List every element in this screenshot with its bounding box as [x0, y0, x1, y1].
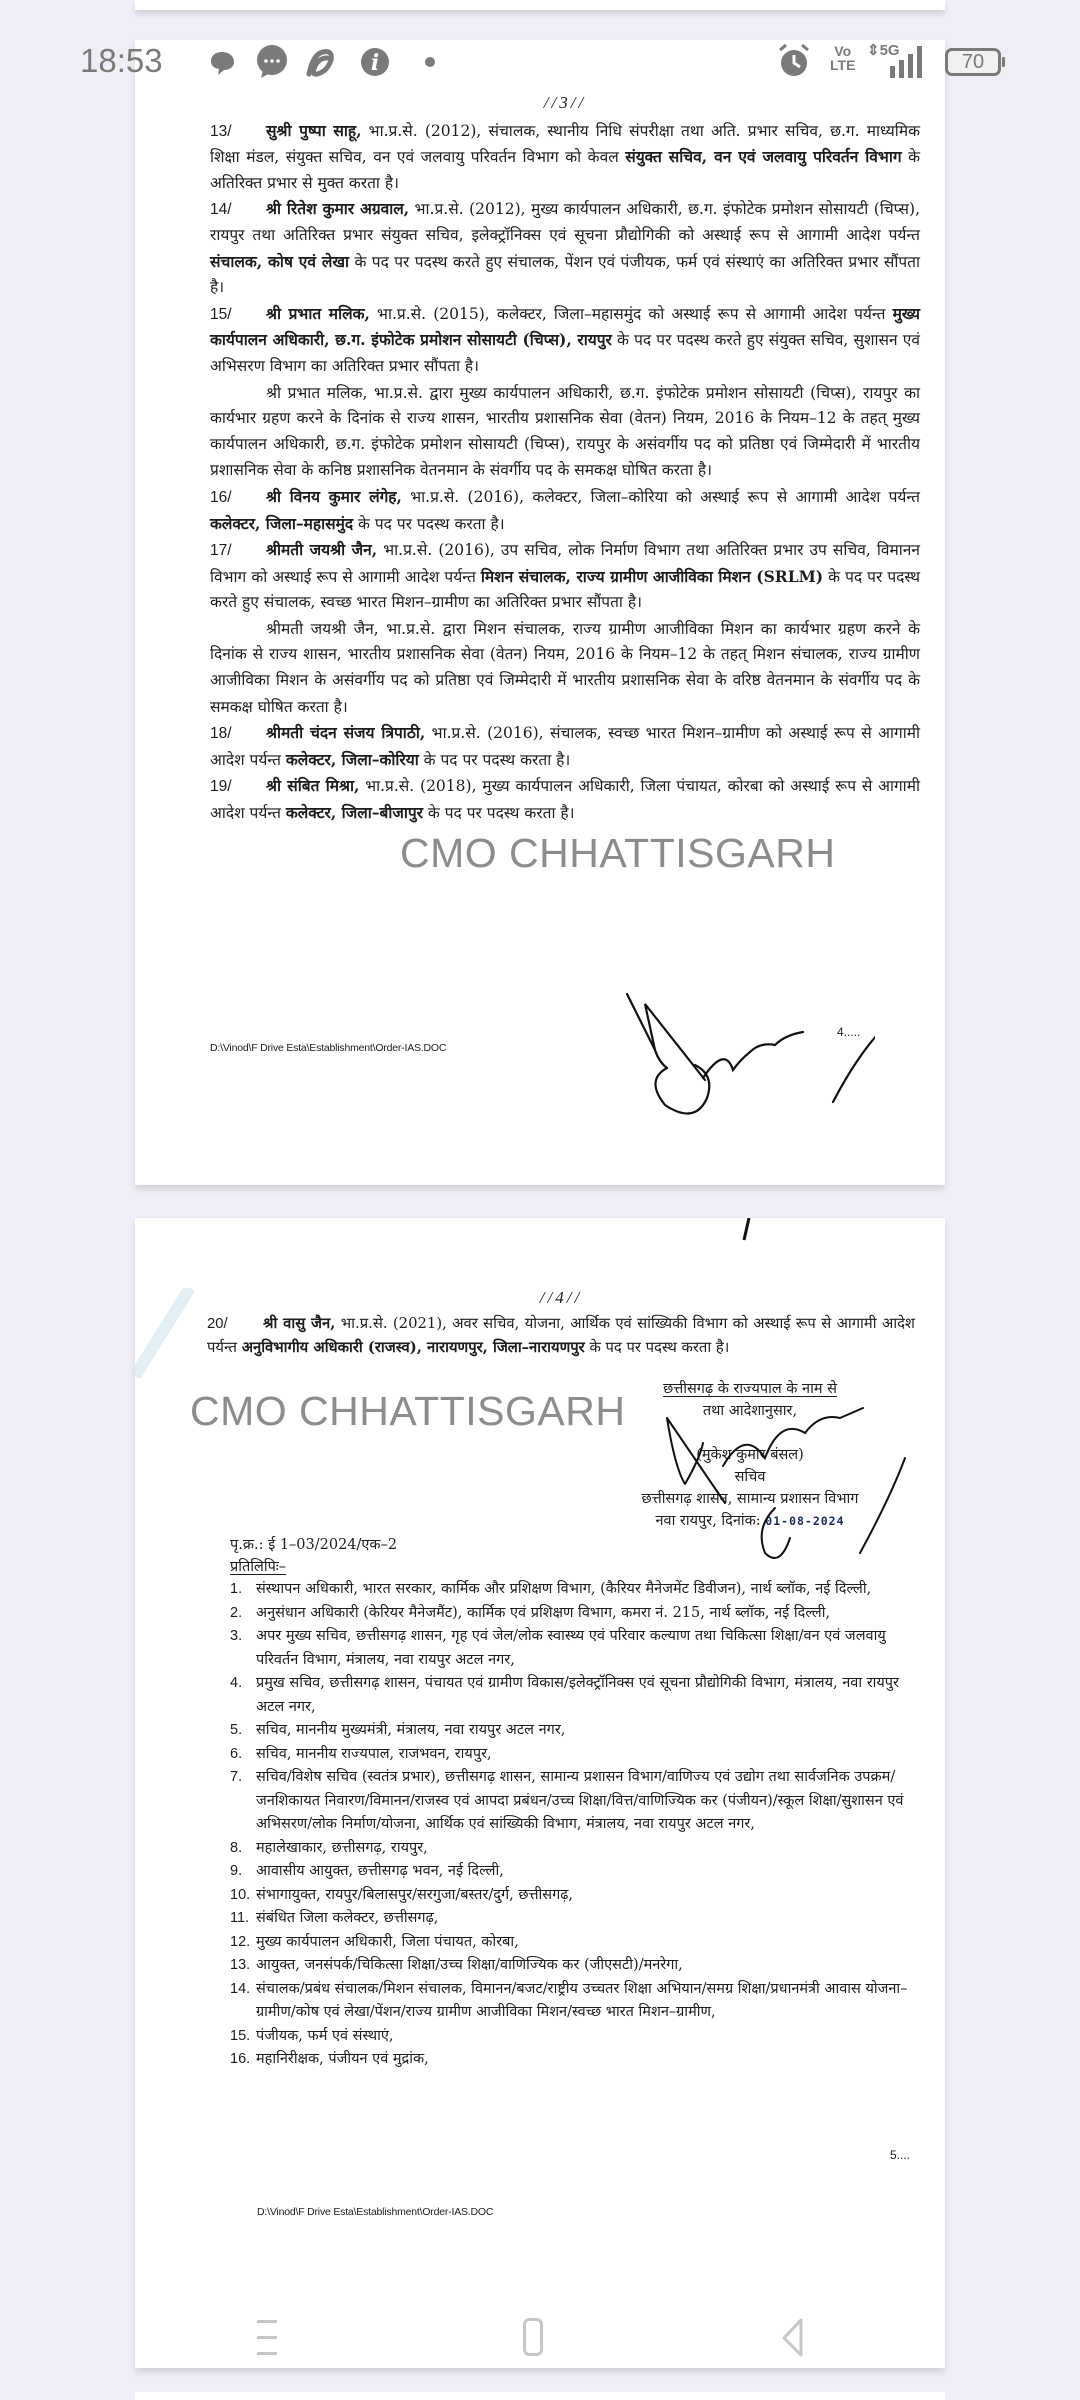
copy-item-number: 3. — [230, 1625, 256, 1649]
page-3-body: //3// 13/सुश्री पुष्पा साहू, भा.प्र.से. … — [210, 90, 920, 827]
copy-item-number: 5. — [230, 1719, 256, 1743]
app-swirl-icon — [305, 48, 339, 78]
copy-item-text: महानिरीक्षक, पंजीयन एवं मुद्रांक, — [256, 2051, 429, 2067]
previous-page-edge — [135, 0, 945, 10]
reference-number: पृ.क्र.: ई 1–03/2024/एक–2 — [230, 1534, 915, 1556]
dot-icon — [424, 56, 436, 68]
copy-list-item: 2.अनुसंधान अधिकारी (केरियर मैनेजमैंट), क… — [230, 1602, 915, 1626]
copy-list-item: 3.अपर मुख्य सचिव, छत्तीसगढ़ शासन, गृह एव… — [230, 1625, 915, 1672]
paragraph-number: 16/ — [210, 485, 266, 511]
officer-name: श्रीमती जयश्री जैन, — [266, 540, 377, 559]
svg-text:i: i — [371, 50, 379, 76]
copy-section: पृ.क्र.: ई 1–03/2024/एक–2 प्रतिलिपिः– 1.… — [230, 1534, 915, 2072]
paragraph-text: श्री प्रभात मलिक, भा.प्र.से. द्वारा मुख्… — [210, 384, 920, 480]
copy-list-item: 15.पंजीयक, फर्म एवं संस्थाएं, — [230, 2025, 915, 2049]
copy-item-text: प्रमुख सचिव, छत्तीसगढ़ शासन, पंचायत एवं … — [256, 1675, 899, 1715]
page-4-body: //4// 20/श्री वासु जैन, भा.प्र.से. (2021… — [207, 1286, 915, 1360]
copy-to-list: 1.संस्थापन अधिकारी, भारत सरकार, कार्मिक … — [230, 1578, 915, 2072]
watermark: CMO CHHATTISGARH — [400, 830, 835, 877]
copy-item-text: सचिव/विशेष सचिव (स्वतंत्र प्रभार), छत्ती… — [256, 1769, 903, 1832]
copy-item-number: 8. — [230, 1837, 256, 1861]
copy-item-text: पंजीयक, फर्म एवं संस्थाएं, — [256, 2028, 393, 2044]
paragraph-tail: के पद पर पदस्थ करता है। — [423, 804, 575, 822]
copy-heading: प्रतिलिपिः– — [230, 1556, 915, 1578]
volte-label-top: Vo — [830, 44, 855, 58]
order-paragraph: 19/श्री संबित मिश्रा, भा.प्र.से. (2018),… — [210, 773, 920, 826]
copy-item-text: संभागायुक्त, रायपुर/बिलासपुर/सरगुजा/बस्त… — [256, 1887, 573, 1903]
scan-mark-icon — [135, 1288, 205, 1378]
paragraph-number: 19/ — [210, 774, 266, 800]
paragraph-number: 14/ — [210, 197, 266, 223]
paragraph-number: 20/ — [207, 1312, 263, 1336]
signal-bars-icon — [886, 44, 928, 80]
new-posting: संयुक्त सचिव, वन एवं जलवायु परिवर्तन विभ… — [625, 147, 901, 166]
alarm-icon — [776, 42, 812, 80]
order-paragraph: श्री प्रभात मलिक, भा.प्र.से. द्वारा मुख्… — [210, 380, 920, 484]
officer-name: श्री विनय कुमार लंगेह, — [266, 487, 402, 506]
new-posting: कलेक्टर, जिला–बीजापुर — [286, 803, 423, 822]
document-page-3[interactable]: //3// 13/सुश्री पुष्पा साहू, भा.प्र.से. … — [135, 40, 945, 1185]
copy-list-item: 13.आयुक्त, जनसंपर्क/चिकित्सा शिक्षा/उच्च… — [230, 1954, 915, 1978]
copy-item-text: संचालक/प्रबंध संचालक/मिशन संचालक, विमानन… — [256, 1981, 907, 2021]
home-icon[interactable] — [523, 2318, 543, 2358]
copy-item-text: मुख्य कार्यपालन अधिकारी, जिला पंचायत, को… — [256, 1934, 519, 1950]
volte-label-bottom: LTE — [830, 58, 855, 72]
continued-page-marker: 5.... — [890, 2148, 910, 2162]
copy-item-number: 15. — [230, 2025, 256, 2049]
copy-list-item: 16.महानिरीक्षक, पंजीयन एवं मुद्रांक, — [230, 2048, 915, 2072]
officer-name: श्री संबित मिश्रा, — [266, 776, 359, 795]
paragraph-tail: के पद पर पदस्थ करता है। — [585, 1339, 730, 1356]
copy-item-number: 9. — [230, 1860, 256, 1884]
order-paragraph: 15/श्री प्रभात मलिक, भा.प्र.से. (2015), … — [210, 301, 920, 380]
officer-name: श्रीमती चंदन संजय त्रिपाठी, — [266, 723, 425, 742]
paragraph-text: भा.प्र.से. (2015), कलेक्टर, जिला–महासमुं… — [370, 305, 893, 323]
copy-item-number: 6. — [230, 1743, 256, 1767]
page-3-paragraphs: 13/सुश्री पुष्पा साहू, भा.प्र.से. (2012)… — [210, 118, 920, 827]
new-posting: कलेक्टर, जिला–महासमुंद — [210, 514, 353, 533]
copy-item-number: 7. — [230, 1766, 256, 1790]
paragraph-tail: के पद पर पदस्थ करता है। — [353, 515, 505, 533]
pen-stroke-icon — [735, 1218, 755, 1246]
copy-item-number: 4. — [230, 1672, 256, 1696]
signature-icon — [615, 990, 875, 1120]
copy-item-number: 12. — [230, 1931, 256, 1955]
copy-item-text: सचिव, माननीय मुख्यमंत्री, मंत्रालय, नवा … — [256, 1722, 565, 1738]
battery-indicator: 70 — [945, 48, 1001, 76]
copy-item-number: 14. — [230, 1978, 256, 2002]
officer-name: श्री वासु जैन, — [263, 1315, 335, 1332]
next-page-edge — [135, 2392, 945, 2400]
copy-item-text: अनुसंधान अधिकारी (केरियर मैनेजमैंट), कार… — [256, 1605, 830, 1621]
copy-item-text: संस्थापन अधिकारी, भारत सरकार, कार्मिक और… — [256, 1581, 871, 1597]
volte-icon: Vo LTE — [830, 44, 855, 72]
copy-item-number: 16. — [230, 2048, 256, 2072]
page-number-marker: //4// — [207, 1286, 915, 1310]
copy-item-text: आयुक्त, जनसंपर्क/चिकित्सा शिक्षा/उच्च शि… — [256, 1957, 683, 1973]
copy-list-item: 5.सचिव, माननीय मुख्यमंत्री, मंत्रालय, नव… — [230, 1719, 915, 1743]
order-paragraph-20: 20/श्री वासु जैन, भा.प्र.से. (2021), अवर… — [207, 1312, 915, 1360]
watermark: CMO CHHATTISGARH — [190, 1388, 625, 1435]
copy-item-number: 11. — [230, 1907, 256, 1931]
copy-item-text: अपर मुख्य सचिव, छत्तीसगढ़ शासन, गृह एवं … — [256, 1628, 886, 1668]
copy-list-item: 7.सचिव/विशेष सचिव (स्वतंत्र प्रभार), छत्… — [230, 1766, 915, 1837]
copy-item-text: महालेखाकार, छत्तीसगढ़, रायपुर, — [256, 1840, 428, 1856]
order-paragraph: 17/श्रीमती जयश्री जैन, भा.प्र.से. (2016)… — [210, 537, 920, 616]
new-posting: कलेक्टर, जिला–कोरिया — [286, 750, 419, 769]
copy-list-item: 12.मुख्य कार्यपालन अधिकारी, जिला पंचायत,… — [230, 1931, 915, 1955]
message-icon — [255, 44, 289, 80]
order-paragraph: 16/श्री विनय कुमार लंगेह, भा.प्र.से. (20… — [210, 484, 920, 537]
copy-list-item: 4.प्रमुख सचिव, छत्तीसगढ़ शासन, पंचायत एव… — [230, 1672, 915, 1719]
navigation-bar — [135, 2310, 945, 2370]
new-posting: अनुविभागीय अधिकारी (राजस्व), नारायणपुर, … — [242, 1339, 585, 1356]
copy-item-text: सचिव, माननीय राज्यपाल, राजभवन, रायपुर, — [256, 1746, 492, 1762]
page-number-marker: //3// — [210, 90, 920, 116]
new-posting: मिशन संचालक, राज्य ग्रामीण आजीविका मिशन … — [481, 567, 823, 586]
copy-list-item: 10.संभागायुक्त, रायपुर/बिलासपुर/सरगुजा/ब… — [230, 1884, 915, 1908]
paragraph-text: श्रीमती जयश्री जैन, भा.प्र.से. द्वारा मि… — [210, 620, 920, 716]
info-app-icon: i — [360, 46, 390, 78]
order-paragraph: 13/सुश्री पुष्पा साहू, भा.प्र.से. (2012)… — [210, 118, 920, 197]
copy-list-item: 8.महालेखाकार, छत्तीसगढ़, रायपुर, — [230, 1837, 915, 1861]
order-paragraph: 14/श्री रितेश कुमार अग्रवाल, भा.प्र.से. … — [210, 196, 920, 300]
copy-list-item: 6.सचिव, माननीय राज्यपाल, राजभवन, रायपुर, — [230, 1743, 915, 1767]
officer-name: सुश्री पुष्पा साहू, — [266, 121, 362, 140]
copy-item-number: 1. — [230, 1578, 256, 1602]
recents-menu-icon[interactable] — [257, 2318, 277, 2358]
copy-item-text: संबंधित जिला कलेक्टर, छत्तीसगढ़, — [256, 1910, 438, 1926]
paragraph-number: 17/ — [210, 538, 266, 564]
copy-list-item: 11.संबंधित जिला कलेक्टर, छत्तीसगढ़, — [230, 1907, 915, 1931]
clock: 18:53 — [80, 42, 163, 80]
new-posting: संचालक, कोष एवं लेखा — [210, 252, 349, 271]
paragraph-number: 13/ — [210, 119, 266, 145]
paragraph-text: भा.प्र.से. (2016), कलेक्टर, जिला–कोरिया … — [402, 488, 920, 506]
paragraph-number: 15/ — [210, 302, 266, 328]
back-icon[interactable] — [781, 2318, 805, 2358]
paragraph-number: 18/ — [210, 721, 266, 747]
officer-name: श्री रितेश कुमार अग्रवाल, — [266, 199, 409, 218]
chat-bubble-icon — [208, 48, 236, 76]
copy-list-item: 9.आवासीय आयुक्त, छत्तीसगढ़ भवन, नई दिल्ल… — [230, 1860, 915, 1884]
data-arrows-icon: ⇕ — [867, 42, 880, 59]
copy-item-number: 13. — [230, 1954, 256, 1978]
copy-list-item: 1.संस्थापन अधिकारी, भारत सरकार, कार्मिक … — [230, 1578, 915, 1602]
file-path-footer: D:\Vinod\F Drive Esta\Establishment\Orde… — [210, 1042, 446, 1054]
order-paragraph: श्रीमती जयश्री जैन, भा.प्र.से. द्वारा मि… — [210, 616, 920, 720]
copy-item-text: आवासीय आयुक्त, छत्तीसगढ़ भवन, नई दिल्ली, — [256, 1863, 504, 1879]
file-path-footer: D:\Vinod\F Drive Esta\Establishment\Orde… — [257, 2206, 493, 2218]
copy-item-number: 2. — [230, 1602, 256, 1626]
document-page-4[interactable]: //4// 20/श्री वासु जैन, भा.प्र.से. (2021… — [135, 1218, 945, 2368]
copy-item-number: 10. — [230, 1884, 256, 1908]
order-paragraph: 18/श्रीमती चंदन संजय त्रिपाठी, भा.प्र.से… — [210, 720, 920, 773]
copy-list-item: 14.संचालक/प्रबंध संचालक/मिशन संचालक, विम… — [230, 1978, 915, 2025]
paragraph-tail: के पद पर पदस्थ करता है। — [419, 751, 571, 769]
status-bar: 18:53 i Vo LTE ⇕5G 70 — [0, 38, 1080, 88]
officer-name: श्री प्रभात मलिक, — [266, 304, 370, 323]
